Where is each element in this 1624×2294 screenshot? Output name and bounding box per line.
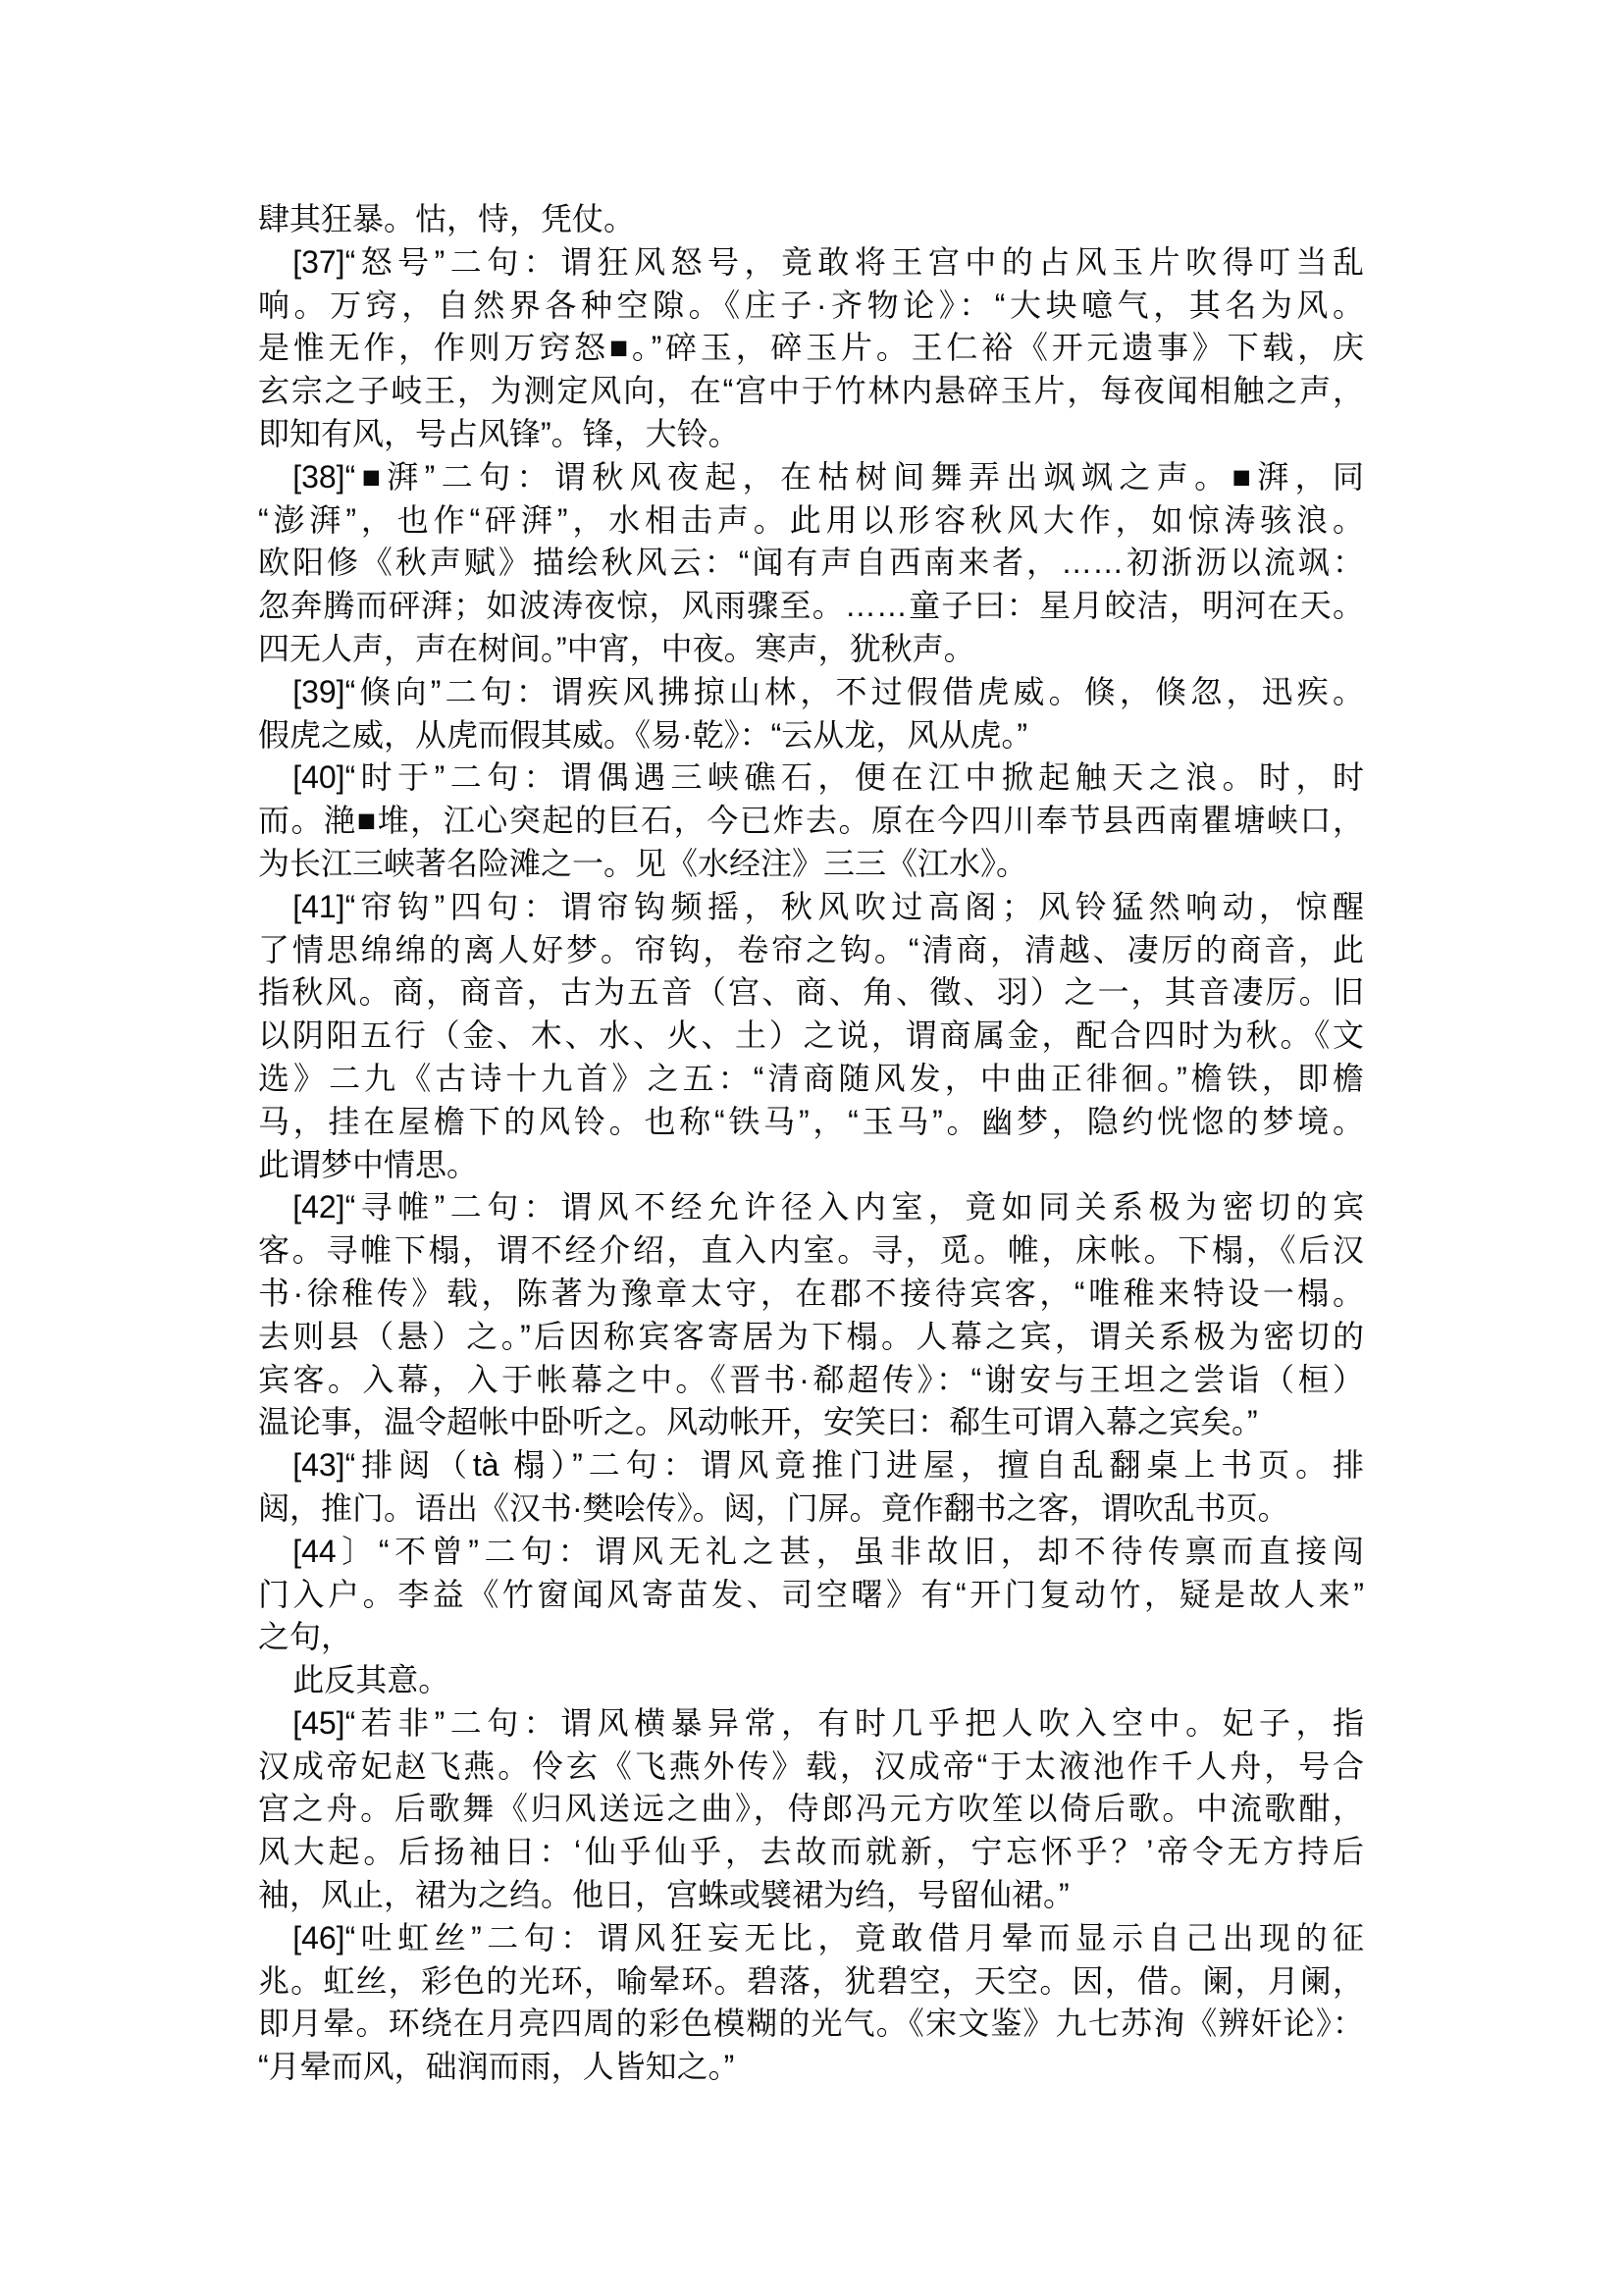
text-line: 四无人声，声在树间。”中宵，中夜。寒声，犹秋声。 (258, 628, 1364, 671)
text-line: 此反其意。 (258, 1659, 1364, 1702)
text-line: 客。寻帷下榻，谓不经介绍，直入内室。寻，觅。帷，床帐。下榻，《后汉 (258, 1229, 1364, 1273)
text-line: 书·徐稚传》载，陈著为豫章太守，在郡不接待宾客，“唯稚来特设一榻。 (258, 1273, 1364, 1316)
text-line: 是惟无作，作则万窍怒■。”碎玉，碎玉片。王仁裕《开元遗事》下载，庆 (258, 327, 1364, 370)
text-line: [44〕“不曾”二句：谓风无礼之甚，虽非故旧，却不待传禀而直接闯 (258, 1531, 1364, 1574)
text-line: 宾客。入幕，入于帐幕之中。《晋书·郗超传》：“谢安与王坦之尝诣（桓） (258, 1359, 1364, 1402)
text-line: 忽奔腾而砰湃；如波涛夜惊，风雨骤至。……童子曰：星月皎洁，明河在天。 (258, 585, 1364, 628)
text-line: 响。万窍，自然界各种空隙。《庄子·齐物论》：“大块噫气，其名为风。 (258, 285, 1364, 328)
text-line: 了情思绵绵的离人好梦。帘钩，卷帘之钩。“清商，清越、凄厉的商音，此 (258, 929, 1364, 972)
text-line: 欧阳修《秋声赋》描绘秋风云：“闻有声自西南来者，……初浙沥以流飒： (258, 542, 1364, 585)
text-line: 选》二九《古诗十九首》之五：“清商随风发，中曲正徘徊。”檐铁，即檐 (258, 1058, 1364, 1101)
text-line: [41]“帘钩”四句：谓帘钩频摇，秋风吹过高阁；风铃猛然响动，惊醒 (258, 886, 1364, 929)
text-line: 去则县（悬）之。”后因称宾客寄居为下榻。人幕之宾，谓关系极为密切的 (258, 1316, 1364, 1359)
text-line: 为长江三峡著名险滩之一。见《水经注》三三《江水》。 (258, 843, 1364, 886)
text-line: 即知有风，号占风锋”。锋，大铃。 (258, 413, 1364, 456)
text-line: 肆其狂暴。怙，恃，凭仗。 (258, 198, 1364, 241)
text-line: 即月晕。环绕在月亮四周的彩色模糊的光气。《宋文鉴》九七苏洵《辨奸论》： (258, 2003, 1364, 2046)
text-line: 此谓梦中情思。 (258, 1144, 1364, 1187)
text-line: 袖，风止，裙为之绉。他日，宫蛛或襞裙为绉，号留仙裙。” (258, 1874, 1364, 1917)
text-line: 门入户。李益《竹窗闻风寄苗发、司空曙》有“开门复动竹，疑是故人来” (258, 1574, 1364, 1617)
text-line: [40]“时于”二句：谓偶遇三峡礁石，便在江中掀起触天之浪。时，时 (258, 756, 1364, 800)
text-line: 以阴阳五行（金、木、水、火、土）之说，谓商属金，配合四时为秋。《文 (258, 1015, 1364, 1058)
text-line: 之句， (258, 1616, 1364, 1659)
text-line: “月晕而风，础润而雨，人皆知之。” (258, 2046, 1364, 2089)
text-line: 汉成帝妃赵飞燕。伶玄《飞燕外传》载，汉成帝“于太液池作千人舟，号合 (258, 1746, 1364, 1789)
text-line: 而。滟■堆，江心突起的巨石，今已炸去。原在今四川奉节县西南瞿塘峡口， (258, 800, 1364, 843)
text-line: 风大起。后扬袖日：‘仙乎仙乎，去故而就新，宁忘怀乎？’帝令无方持后 (258, 1831, 1364, 1874)
text-line: 宫之舟。后歌舞《归风送远之曲》，侍郎冯元方吹笙以倚后歌。中流歌酣， (258, 1788, 1364, 1831)
text-line: 兆。虹丝，彩色的光环，喻晕环。碧落，犹碧空，天空。因，借。阑，月阑， (258, 1960, 1364, 2004)
text-line: [42]“寻帷”二句：谓风不经允许径入内室，竟如同关系极为密切的宾 (258, 1186, 1364, 1229)
text-line: “澎湃”，也作“砰湃”，水相击声。此用以形容秋风大作，如惊涛骇浪。 (258, 499, 1364, 543)
text-line: [43]“排闼（tà 榻）”二句：谓风竟推门进屋，擅自乱翻桌上书页。排 (258, 1444, 1364, 1487)
text-line: 温论事，温令超帐中卧听之。风动帐开，安笑曰：郗生可谓入幕之宾矣。” (258, 1401, 1364, 1444)
text-line: 玄宗之子岐王，为测定风向，在“宫中于竹林内悬碎玉片，每夜闻相触之声， (258, 370, 1364, 413)
text-line: [37]“怒号”二句：谓狂风怒号，竟敢将王宫中的占风玉片吹得叮当乱 (258, 241, 1364, 285)
text-line: [46]“吐虹丝”二句：谓风狂妄无比，竟敢借月晕而显示自己出现的征 (258, 1917, 1364, 1960)
text-line: 指秋风。商，商音，古为五音（宫、商、角、徵、羽）之一，其音凄厉。旧 (258, 971, 1364, 1015)
text-line: [45]“若非”二句：谓风横暴异常，有时几乎把人吹入空中。妃子，指 (258, 1702, 1364, 1746)
document-page: 肆其狂暴。怙，恃，凭仗。[37]“怒号”二句：谓狂风怒号，竟敢将王宫中的占风玉片… (0, 0, 1624, 2294)
text-line: 闼，推门。语出《汉书·樊哙传》。闼，门屏。竟作翻书之客，谓吹乱书页。 (258, 1487, 1364, 1531)
text-line: [38]“■湃”二句：谓秋风夜起，在枯树间舞弄出飒飒之声。■湃，同 (258, 456, 1364, 499)
text-line: 马，挂在屋檐下的风铃。也称“铁马”，“玉马”。幽梦，隐约恍惚的梦境。 (258, 1101, 1364, 1144)
text-line: 假虎之威，从虎而假其威。《易·乾》：“云从龙，风从虎。” (258, 714, 1364, 757)
text-line: [39]“倏向”二句：谓疾风拂掠山林，不过假借虎威。倏，倏忽，迅疾。 (258, 671, 1364, 714)
note-text-block: 肆其狂暴。怙，恃，凭仗。[37]“怒号”二句：谓狂风怒号，竟敢将王宫中的占风玉片… (258, 198, 1364, 2089)
